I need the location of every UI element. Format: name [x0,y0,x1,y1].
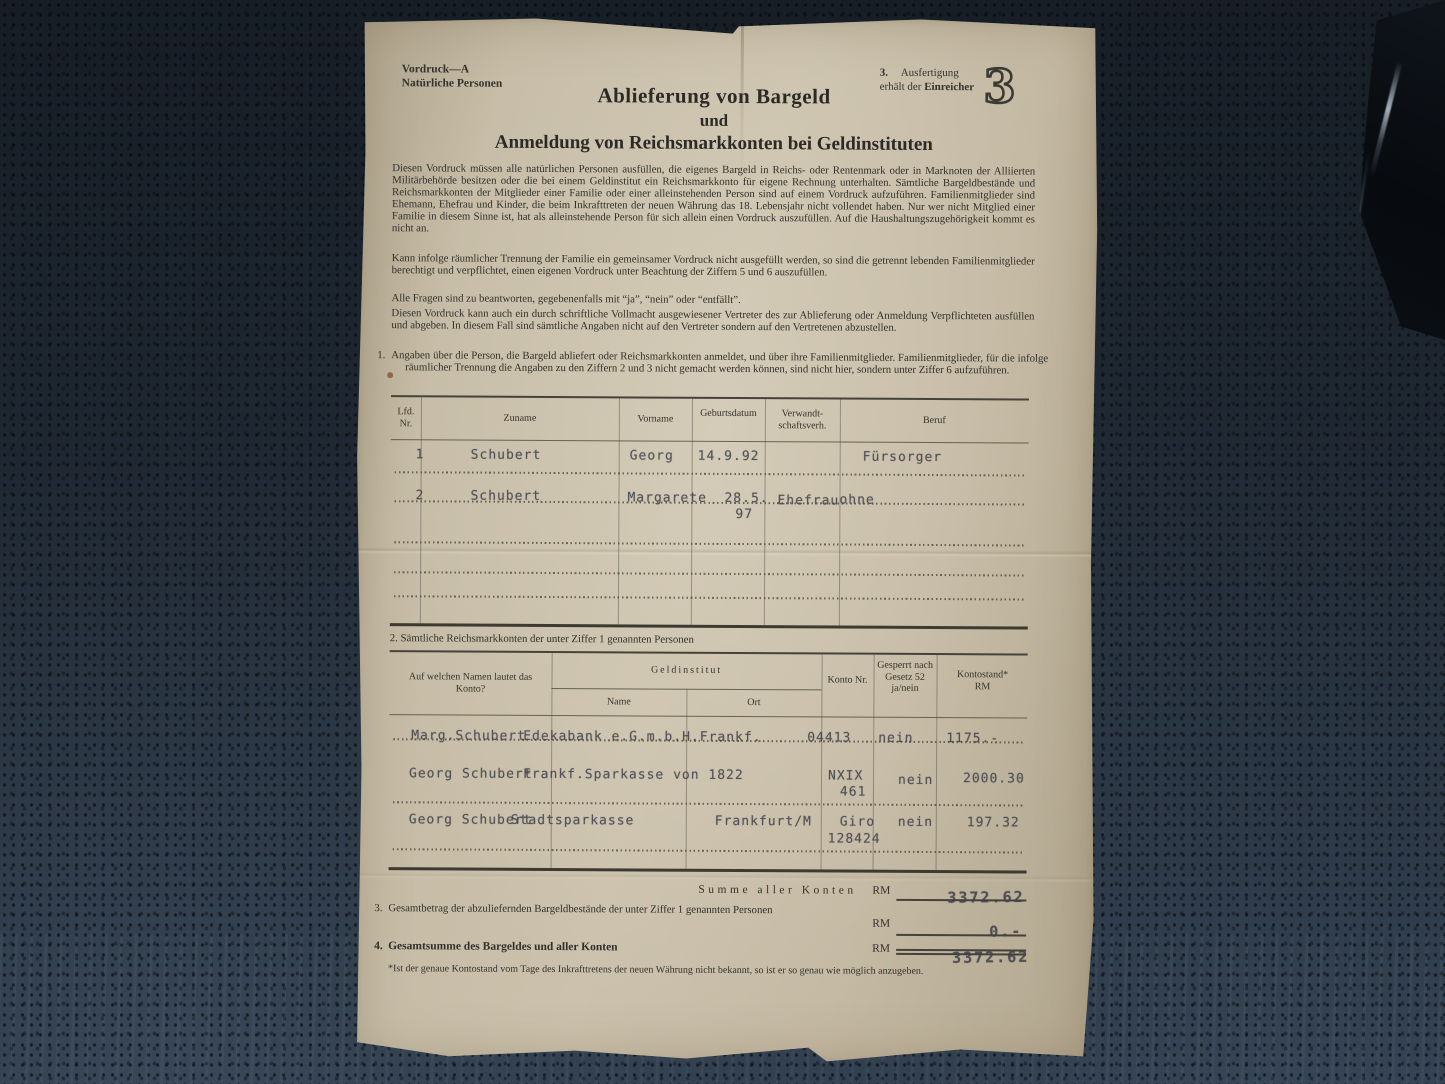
dotted-line [393,801,1023,806]
copy-word: Ausfertigung [901,67,959,79]
typed-konto-nr: NXIX [828,768,863,783]
section1-heading: 1. Angaben über die Person, die Bargeld … [391,349,1048,376]
typed-geldinstitut: Stadtsparkasse [511,813,635,829]
typed-vorname: Margarete [627,490,707,505]
table-vline [551,653,553,868]
item4-label: Gesamtsumme des Bargeldes und aller Kont… [388,940,618,953]
typed-verwandtschaft: Ehefrau [777,493,839,508]
copy-note-line1: 3. Ausfertigung [880,67,959,79]
form-title-line1: Ablieferung von Bargeld [393,82,1036,110]
typed-zuname: Schubert [471,448,542,463]
form-title-line2: und [392,109,1035,132]
photo: { "form": { "corner": { "line1": "Vordru… [0,0,1445,1084]
intro-paragraph-2: Kann infolge räumlicher Trennung der Fam… [392,252,1035,279]
typed-konto-nr-wrap: 128424 [828,831,881,846]
dotted-line [394,541,1024,546]
table-vline [764,399,766,625]
typed-summe-value: 3372.62 [947,888,1024,907]
typed-kontostand: 1175.- [946,731,999,746]
typed-geburtsdatum: 14.9.92 [698,449,760,464]
col-header-geldinstitut-ort: Ort [686,697,821,709]
col-header-vorname: Vorname [619,413,692,425]
header-divider [391,439,1029,443]
footnote: *Ist der genaue Kontostand vom Tage des … [388,963,1038,977]
typed-kontostand: 2000.30 [963,771,1025,786]
table-vline [839,400,841,626]
dotted-line [394,571,1024,576]
typed-geldinstitut-ort: Frankfurt/M [715,814,812,830]
intro-paragraph-1: Diesen Vordruck müssen alle natürlichen … [392,162,1035,237]
col-header-kontoname: Auf welchen Namen lautet das Konto? [395,671,545,695]
accounts-table: Auf welchen Namen lautet das Konto? Geld… [389,650,1028,873]
rm-label: RM [872,943,890,955]
typed-zuname: Schubert [470,489,541,504]
rm-label: RM [872,885,890,897]
section2-heading: 2. Sämtliche Reichsmarkkonten der unter … [390,632,1033,647]
col-header-geldinstitut-name: Name [551,696,686,708]
typed-gesperrt: nein [878,731,913,746]
form-title-line3: Anmeldung von Reichsmarkkonten bei Geldi… [392,131,1035,156]
typed-konto-nr: 04413 [807,730,851,745]
col-header-lfd-nr: Lfd. Nr. [391,406,421,429]
dotted-line [393,848,1023,853]
typed-konto-nr: Giro [840,815,875,830]
section1-text: Angaben über die Person, die Bargeld abl… [391,349,1048,376]
typed-kontoname: Marg.Schubert [411,728,526,744]
col-header-geldinstitut: Geldinstitut [552,664,822,677]
stain-dot [387,372,393,378]
summe-aller-konten-label: Summe aller Konten [698,884,856,897]
fold-crease-horizontal [353,872,1094,883]
table-vline [821,654,823,869]
typed-konto-nr-wrap: 461 [840,785,867,800]
item3-label: Gesamtbetrag der abzuliefernden Bargeldb… [388,902,772,916]
typed-kontostand: 197.32 [967,815,1020,830]
copy-number: 3. [880,67,888,79]
paper-form-sheet: Vordruck—A Natürliche Personen 3. Ausfer… [353,16,1099,1066]
plastic-highlight [1369,61,1403,179]
dotted-line [395,471,1025,476]
typed-gesperrt: nein [898,773,933,788]
typed-beruf: ohne [839,493,874,508]
col-header-zuname: Zuname [421,412,619,425]
item3-text: 3. Gesamtbetrag der abzuliefernden Barge… [388,902,862,916]
col-header-verwandtschaft: Verwandt­schaftsverh. [765,408,840,431]
persons-table: Lfd. Nr. Zuname Vorname Geburts­datum Ve… [390,395,1029,629]
col-header-konto-nr: Konto Nr. [821,674,873,686]
intro-paragraph-4: Diesen Vordruck kann auch ein durch schr… [391,307,1034,334]
typed-geldinstitut: Edekabank e.G.m.b.H.Frankf. [523,729,761,745]
typed-vorname: Georg [630,448,674,463]
item4-text: 4. Gesamtsumme des Bargeldes und aller K… [388,940,872,955]
typed-lfd-nr: 2 [415,488,424,503]
typed-kontoname: Georg Schubert [409,766,533,782]
typed-lfd-nr: 1 [416,447,425,462]
rm-label: RM [872,918,890,930]
typed-geldinstitut: Frankf.Sparkasse von 1822 [523,767,744,783]
typed-geburtsdatum: 28.5. [724,491,768,506]
dotted-line [394,595,1024,600]
table-vline [618,398,620,624]
typed-beruf: Fürsorger [863,450,943,465]
col-header-beruf: Beruf [840,415,1029,427]
col-header-kontostand: Kontostand* RM [949,669,1015,692]
form-code-line1: Vordruck—A [402,62,503,77]
table-vline [691,399,693,625]
typed-gesperrt: nein [898,815,933,830]
table-vline [420,397,422,623]
col-header-gesperrt: Gesperrt nach Gesetz 52 ja/nein [873,660,936,695]
intro-paragraph-3: Alle Fragen sind zu beantworten, gegeben… [391,292,1034,307]
typed-bargeld-value: 0.- [989,922,1022,941]
typed-geburtsdatum-wrap: 97 [735,507,753,522]
typed-gesamtsumme-value: 3372.62 [952,948,1029,967]
header-divider [389,714,1027,718]
col-header-geburtsdatum: Geburts­datum [692,408,765,420]
